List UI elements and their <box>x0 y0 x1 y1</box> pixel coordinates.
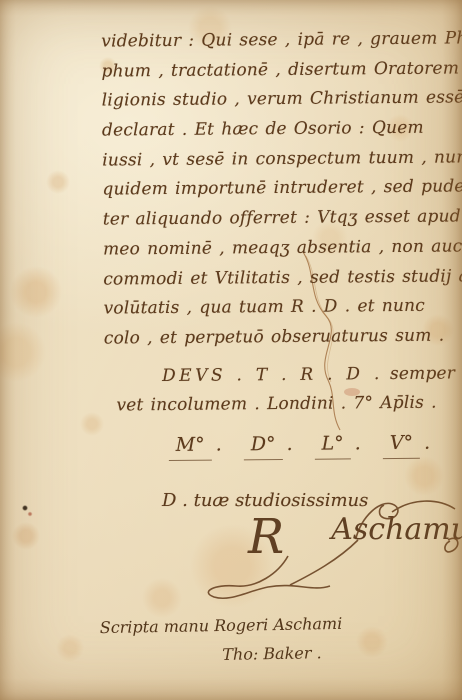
signature-surname: Aschamus <box>331 512 462 547</box>
letter-body: videbitur : Qui sese , ipā re , grauem P… <box>101 28 457 461</box>
date-numeral-m: M° <box>169 434 212 461</box>
signature: R Aschamus <box>248 512 462 561</box>
body-line: ligionis studio , verum Christianum essē <box>102 88 454 121</box>
body-line: meo nominē , meaqʒ absentia , non auceps <box>103 236 455 269</box>
date-dot: . <box>424 432 430 454</box>
body-line: phum , tractationē , disertum Oratorem ,… <box>101 58 453 91</box>
date-dot: . <box>355 432 361 454</box>
signature-top-swash <box>392 501 455 512</box>
roman-numeral-date: M°. D°. L°. V°. <box>105 431 457 461</box>
body-line: volūtatis , qua tuam R . D . et nunc <box>103 296 455 329</box>
date-numeral-d: D° <box>244 433 283 460</box>
attribution-line-2: Tho: Baker . <box>100 643 343 666</box>
closing-line-2: vet incolumem . Londini . 7° Ap̄lis . <box>104 393 456 426</box>
body-line: declarat . Et hæc de Osorio : Quem <box>102 118 454 151</box>
body-line: videbitur : Qui sese , ipā re , grauem P… <box>101 28 453 61</box>
valediction: D . tuæ studiosissimus <box>162 490 368 511</box>
signature-initial: R <box>248 513 284 561</box>
body-line: colo , et perpetuō obseruaturus sum . <box>104 325 456 358</box>
body-line: commodi et Vtilitatis , sed testis studi… <box>103 266 455 299</box>
body-line: ter aliquando offerret : Vtqʒ esset apud… <box>103 207 455 240</box>
body-line: iussi , vt sesē in conspectum tuum , nun… <box>102 147 454 180</box>
attribution-block: Scripta manu Rogeri Aschami Tho: Baker . <box>100 614 343 666</box>
manuscript-page: videbitur : Qui sese , ipā re , grauem P… <box>0 0 462 700</box>
date-dot: . <box>286 433 292 455</box>
closing-line-1-rest: semper ser // <box>383 363 462 384</box>
body-line: quidem importunē intruderet , sed puden … <box>102 177 454 210</box>
date-numeral-l: L° <box>315 432 351 459</box>
deus-abbreviation: DEVS . T . R . D . <box>162 364 383 386</box>
date-numeral-v: V° <box>383 432 420 459</box>
date-dot: . <box>216 433 222 455</box>
closing-line-1: DEVS . T . R . D . semper ser // <box>104 363 456 396</box>
attribution-line-1: Scripta manu Rogeri Aschami <box>100 614 343 637</box>
